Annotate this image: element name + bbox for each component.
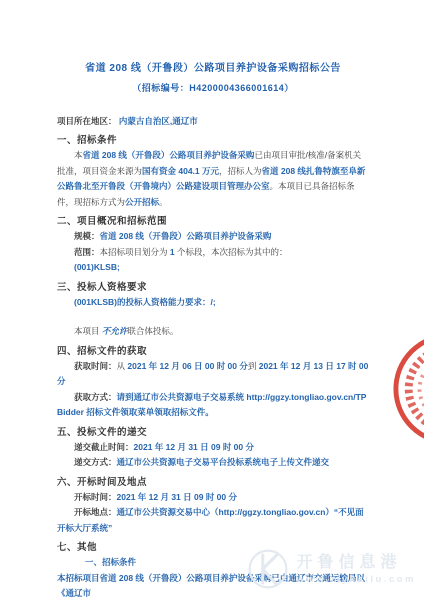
opening-place-label: 开标地点： — [74, 507, 117, 517]
submission-deadline-line: 递交截止时间：2021 年 12 月 31 日 09 时 00 分 — [57, 440, 369, 456]
lot-number: (001)KLSB; — [57, 260, 369, 276]
location-value: 内蒙古自治区,通辽市 — [119, 116, 198, 126]
submission-method-line: 递交方式：通辽市公共资源电子交易平台投标系统电子上传文件递交 — [57, 455, 369, 471]
heading-bid-opening: 六、开标时间及地点 — [57, 475, 369, 490]
spacer — [57, 310, 369, 324]
project-location-line: 项目所在地区： 内蒙古自治区,通辽市 — [57, 114, 369, 129]
not-allowed-emphasis: 不允许 — [102, 326, 128, 336]
document-page: 省道 208 线（开鲁段）公路项目养护设备采购招标公告 （招标编号：H42000… — [0, 0, 424, 600]
qualification-requirement: (001KLSB)的投标人资格能力要求：/; — [57, 295, 369, 311]
project-scale-line: 规模：省道 208 线（开鲁段）公路项目养护设备采购 — [57, 229, 369, 245]
tender-number: （招标编号：H4200004366001614） — [57, 81, 369, 94]
submission-deadline-value: 2021 年 12 月 31 日 09 时 00 分 — [134, 442, 254, 452]
others-paragraph: 本招标项目省道 208 线（开鲁段）公路项目养护设备采购已由通辽市交通运输局以《… — [57, 571, 369, 600]
acquisition-time-label: 获取时间： — [74, 361, 117, 371]
scale-label: 规模： — [74, 231, 100, 241]
scope-label: 范围： — [74, 247, 100, 257]
heading-others: 七、其他 — [57, 540, 369, 555]
acquisition-method-line: 获取方式：请到通辽市公共资源电子交易系统 http://ggzy.tonglia… — [57, 390, 369, 421]
doc-title: 省道 208 线（开鲁段）公路项目养护设备采购招标公告 — [57, 62, 369, 75]
opening-time-line: 开标时间：2021 年 12 月 31 日 09 时 00 分 — [57, 490, 369, 506]
location-label: 项目所在地区： — [57, 116, 117, 126]
opening-place-line: 开标地点：通辽市公共资源交易中心（http://ggzy.tongliao.go… — [57, 505, 369, 536]
joint-bid-line: 本项目 不允许联合体投标。 — [57, 324, 369, 340]
others-sub-heading: 一、招标条件 — [57, 555, 369, 571]
submission-method-value: 通辽市公共资源电子交易平台投标系统电子上传文件递交 — [117, 457, 330, 467]
heading-bidder-qualification: 三、投标人资格要求 — [57, 280, 369, 295]
heading-bid-submission: 五、投标文件的递交 — [57, 425, 369, 440]
heading-document-acquisition: 四、招标文件的获取 — [57, 344, 369, 359]
acquisition-method-label: 获取方式： — [74, 392, 117, 402]
scale-value: 省道 208 线（开鲁段）公路项目养护设备采购 — [100, 231, 272, 241]
submission-deadline-label: 递交截止时间： — [74, 442, 134, 452]
heading-project-overview: 二、项目概况和招标范围 — [57, 214, 369, 229]
project-scope-line: 范围：本招标项目划分为 1 个标段，本次招标为其中的： — [57, 245, 369, 261]
submission-method-label: 递交方式： — [74, 457, 117, 467]
opening-time-value: 2021 年 12 月 31 日 09 时 00 分 — [117, 492, 237, 502]
official-seal — [379, 319, 424, 459]
opening-time-label: 开标时间： — [74, 492, 117, 502]
acquisition-time-line: 获取时间：从 2021 年 12 月 06 日 00 时 00 分到 2021 … — [57, 359, 369, 390]
heading-tender-conditions: 一、招标条件 — [57, 133, 369, 148]
document-body: 省道 208 线（开鲁段）公路项目养护设备采购招标公告 （招标编号：H42000… — [57, 62, 369, 600]
tender-conditions-paragraph: 本省道 208 线（开鲁段）公路项目养护设备采购已由项目审批/核准/备案机关批准… — [57, 148, 369, 210]
